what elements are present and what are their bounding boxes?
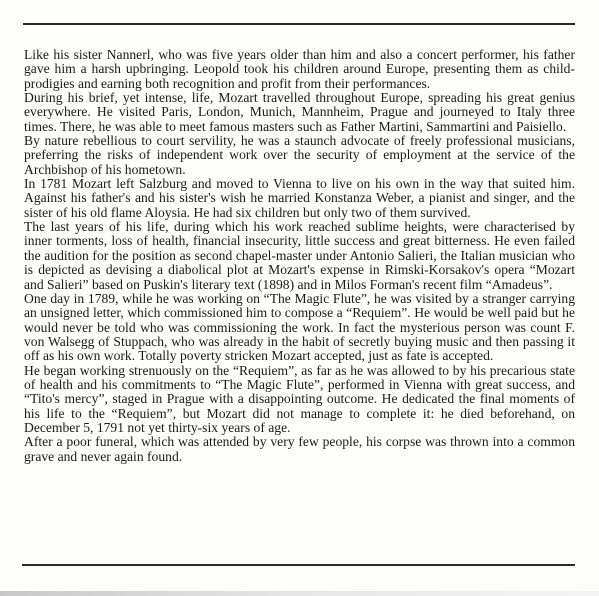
paragraph-requiem-commission: One day in 1789, while he was working on… [24, 292, 575, 364]
paragraph-independence: By nature rebellious to court servility,… [24, 134, 575, 177]
top-divider [23, 23, 575, 25]
paragraph-funeral: After a poor funeral, which was attended… [24, 435, 575, 464]
paragraph-death: He began working strenuously on the “Req… [24, 364, 575, 436]
paragraph-travels: During his brief, yet intense, life, Moz… [24, 91, 575, 134]
page-edge-shadow [0, 591, 599, 596]
paragraph-vienna: In 1781 Mozart left Salzburg and moved t… [24, 177, 575, 220]
paragraph-last-years: The last years of his life, during which… [24, 220, 575, 292]
bottom-divider [22, 564, 575, 566]
biography-text: Like his sister Nannerl, who was five ye… [24, 48, 575, 464]
paragraph-childhood: Like his sister Nannerl, who was five ye… [24, 48, 575, 91]
